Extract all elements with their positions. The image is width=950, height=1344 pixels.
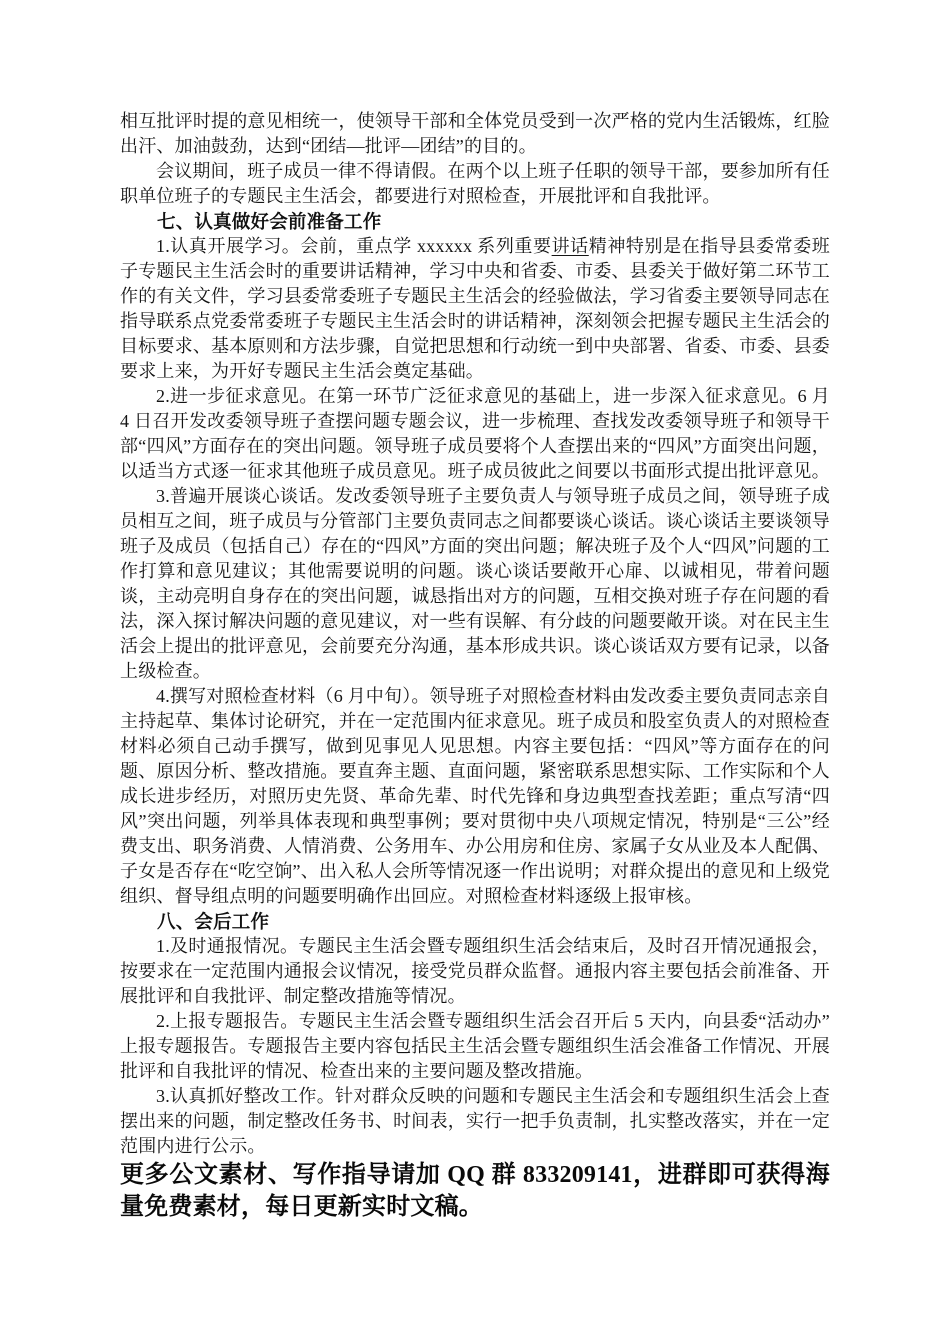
paragraph-solicit-opinions: 2.进一步征求意见。在第一环节广泛征求意见的基础上，进一步深入征求意见。6 月 … bbox=[120, 384, 830, 484]
paragraph-study-segment-pre: 1.认真开展学习。会前，重点学 xxxxxx 系列重要 bbox=[156, 236, 552, 256]
intro-paragraph-meeting-attendance: 会议期间，班子成员一律不得请假。在两个以上班子任职的领导干部，要参加所有任职单位… bbox=[120, 159, 830, 209]
paragraph-study-segment-post: 精神特别是在指导县委常委班子专题民主生活会时的重要讲话精神，学习中央和省委、市委… bbox=[120, 236, 830, 381]
document-page: 相互批评时提的意见相统一，使领导干部和全体党员受到一次严格的党内生活锻炼，红脸出… bbox=[0, 0, 950, 1344]
paragraph-timely-briefing: 1.及时通报情况。专题民主生活会暨专题组织生活会结束后，及时召开情况通报会，按要… bbox=[120, 934, 830, 1009]
paragraph-rectification-work: 3.认真抓好整改工作。针对群众反映的问题和专题民主生活会和专题组织生活会上查摆出… bbox=[120, 1084, 830, 1159]
paragraph-self-examination-materials: 4.撰写对照检查材料（6 月中旬）。领导班子对照检查材料由发改委主要负责同志亲自… bbox=[120, 684, 830, 909]
section-heading-post-meeting-work: 八、会后工作 bbox=[120, 909, 830, 934]
document-body: 相互批评时提的意见相统一，使领导干部和全体党员受到一次严格的党内生活锻炼，红脸出… bbox=[120, 109, 830, 1223]
intro-paragraph-continued: 相互批评时提的意见相统一，使领导干部和全体党员受到一次严格的党内生活锻炼，红脸出… bbox=[120, 109, 830, 159]
paragraph-study-underlined-term: 讲话 bbox=[552, 236, 589, 256]
section-heading-pre-meeting-preparation: 七、认真做好会前准备工作 bbox=[120, 209, 830, 234]
paragraph-heart-to-heart-talks: 3.普遍开展谈心谈话。发改委领导班子主要负责人与领导班子成员之间，领导班子成员相… bbox=[120, 484, 830, 684]
paragraph-submit-special-report: 2.上报专题报告。专题民主生活会暨专题组织生活会召开后 5 天内，向县委“活动办… bbox=[120, 1009, 830, 1084]
paragraph-study: 1.认真开展学习。会前，重点学 xxxxxx 系列重要讲话精神特别是在指导县委常… bbox=[120, 234, 830, 384]
footer-qq-group-promo: 更多公文素材、写作指导请加 QQ 群 833209141，进群即可获得海量免费素… bbox=[120, 1159, 830, 1223]
